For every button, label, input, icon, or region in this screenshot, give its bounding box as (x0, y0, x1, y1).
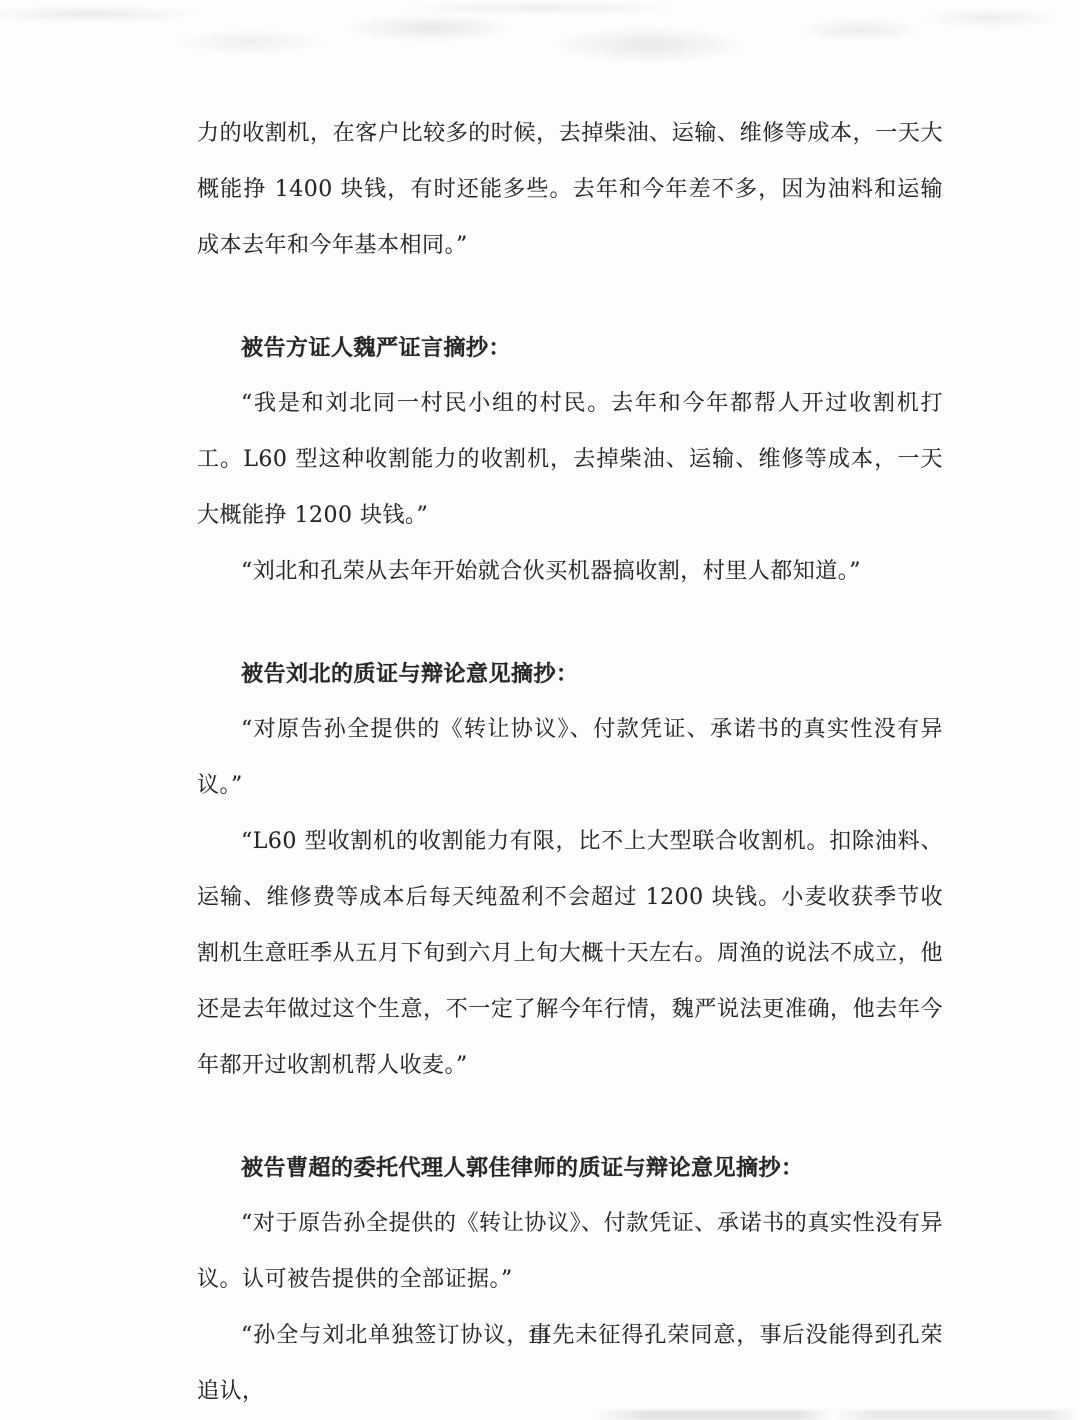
page-number: 11 (0, 1326, 1080, 1348)
body-paragraph: “L60 型收割机的收割能力有限，比不上大型联合收割机。扣除油料、运输、维修费等… (197, 814, 943, 1094)
section-heading: 被告刘北的质证与辩论意见摘抄： (197, 646, 943, 702)
document-body: 力的收割机，在客户比较多的时候，去掉柴油、运输、维修等成本，一天大概能挣 140… (0, 0, 1080, 1420)
scanned-document-page: 力的收割机，在客户比较多的时候，去掉柴油、运输、维修等成本，一天大概能挣 140… (0, 0, 1080, 1420)
section-heading: 被告方证人魏严证言摘抄： (197, 320, 943, 376)
body-paragraph: 力的收割机，在客户比较多的时候，去掉柴油、运输、维修等成本，一天大概能挣 140… (197, 106, 943, 274)
body-paragraph: “刘北和孔荣从去年开始就合伙买机器搞收割，村里人都知道。” (197, 544, 943, 600)
section-heading: 被告曹超的委托代理人郭佳律师的质证与辩论意见摘抄： (197, 1140, 943, 1196)
body-paragraph: “我是和刘北同一村民小组的村民。去年和今年都帮人开过收割机打工。L60 型这种收… (197, 376, 943, 544)
body-paragraph: “对原告孙全提供的《转让协议》、付款凭证、承诺书的真实性没有异议。” (197, 702, 943, 814)
body-paragraph: “孙全与刘北单独签订协议，事先未征得孔荣同意，事后没能得到孔荣追认， (197, 1308, 943, 1420)
body-paragraph: “对于原告孙全提供的《转让协议》、付款凭证、承诺书的真实性没有异议。认可被告提供… (197, 1196, 943, 1308)
